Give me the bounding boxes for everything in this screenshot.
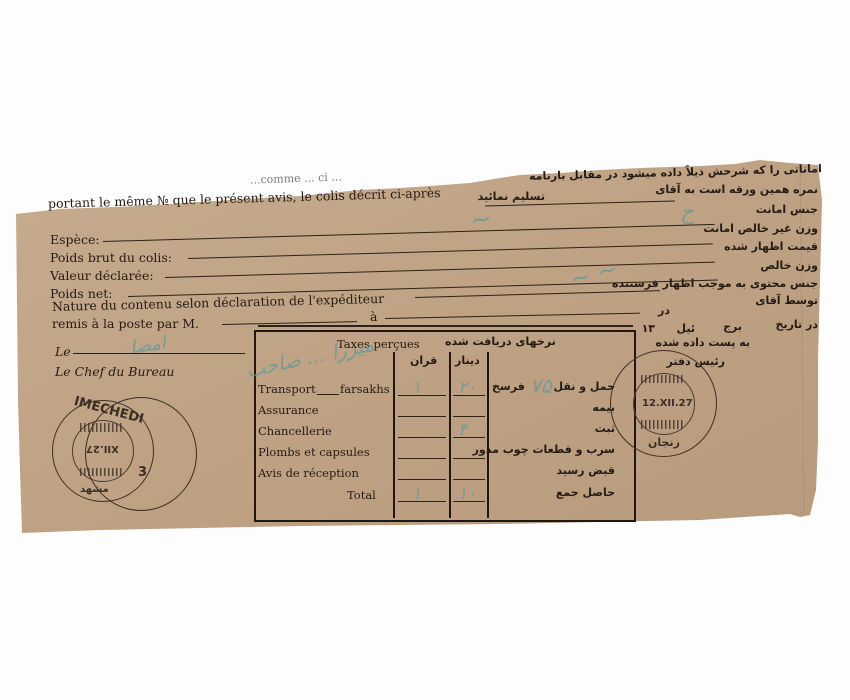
- kran-cell[interactable]: [398, 458, 446, 459]
- fa-line2b: تسلیم نمائید: [478, 190, 545, 203]
- kran-cell[interactable]: [398, 437, 446, 438]
- table-title-fa: نرخهای دریافت شده: [445, 335, 556, 348]
- fa-vazn-khales: وزن خالص: [760, 259, 818, 272]
- document-page: ...comme ... ci ... portant le même № qu…: [0, 0, 850, 700]
- handwritten-distance: ۷۵: [530, 374, 551, 398]
- tax-row-label-fa: قبض رسید: [556, 464, 615, 477]
- fa-tavasot: توسط آقای: [755, 294, 818, 307]
- dinar-cell[interactable]: [453, 416, 485, 417]
- right-postmark-date: 12.XII.27: [642, 398, 693, 409]
- col-divider-1: [393, 352, 395, 518]
- overlay-circle: [85, 397, 197, 511]
- label-le: Le: [55, 344, 71, 359]
- right-postmark-hatch-top: [641, 375, 685, 383]
- col-dinar: دینار: [455, 354, 480, 367]
- farsakh-fill-line[interactable]: [317, 394, 339, 395]
- tax-row-suffix: farsakhs: [340, 382, 390, 396]
- fa-year: ۱۳: [642, 322, 655, 335]
- tax-row-label: Avis de réception: [258, 466, 359, 480]
- kran-cell[interactable]: [398, 416, 446, 417]
- fa-jens: جنس امانت: [756, 203, 818, 216]
- tax-row-label: Plombs et capsules: [258, 445, 370, 459]
- label-espece: Espèce:: [50, 232, 100, 247]
- tax-row-label: Assurance: [258, 403, 319, 417]
- tax-row-label: Total: [347, 488, 376, 502]
- tax-row-label-fa: ثبت: [595, 422, 615, 435]
- fa-jens-mohtavi: جنس محتوی به موجب اظهار فرستنده: [612, 277, 818, 290]
- label-valeur: Valeur déclarée:: [50, 268, 154, 283]
- fa-vazn-gheyr: وزن غیر خالص امانت: [703, 222, 818, 235]
- handwritten-kran-value: ۱: [412, 484, 421, 504]
- fa-dar: در: [658, 304, 670, 317]
- kran-cell[interactable]: [398, 395, 446, 396]
- fa-post: به پست داده شده: [656, 336, 750, 349]
- handwritten-dinar-value: ۲۰: [458, 378, 476, 398]
- handwritten-dinar-value: ۱۰: [458, 484, 476, 504]
- right-postmark-hatch-bottom: [641, 420, 685, 429]
- fa-line2: نمره همین ورقه است به آقای: [655, 183, 818, 196]
- col-divider-3: [487, 352, 489, 518]
- col-divider-2: [449, 352, 451, 518]
- label-poids-brut: Poids brut du colis:: [50, 250, 172, 265]
- label-chef: Le Chef du Bureau: [55, 364, 174, 379]
- fa-gheymat: قیمت اظهار شده: [724, 240, 818, 253]
- fa-tarikh: در تاریخ: [776, 318, 818, 331]
- right-postmark-script: زنجان: [648, 436, 680, 449]
- handwritten-dinar-value: ۴: [458, 420, 467, 440]
- table-top-rule: [258, 325, 633, 327]
- handwritten-kran-value: ۱: [412, 378, 421, 398]
- tax-row-label-fa: حمل و نقل: [554, 380, 615, 393]
- dinar-cell[interactable]: [453, 479, 485, 480]
- dinar-cell[interactable]: [453, 458, 485, 459]
- kran-cell[interactable]: [398, 501, 446, 502]
- kran-cell[interactable]: [398, 479, 446, 480]
- tax-row-suffix-fa: فرسخ: [492, 380, 525, 393]
- fa-borj: برج: [723, 320, 742, 333]
- handwriting-scribble-3: ح: [680, 200, 694, 225]
- fa-sal: ئیل: [677, 322, 695, 335]
- tax-row-label: Chancellerie: [258, 424, 332, 438]
- tax-row-label-fa: حاصل جمع: [556, 486, 615, 499]
- tax-row-label: Transport: [258, 382, 316, 396]
- tax-row-label-fa: سرب و قطعات چوب مدور: [473, 443, 615, 456]
- col-kran: قران: [410, 354, 437, 367]
- label-remis: remis à la poste par M.: [52, 316, 199, 331]
- label-a: à: [370, 309, 377, 324]
